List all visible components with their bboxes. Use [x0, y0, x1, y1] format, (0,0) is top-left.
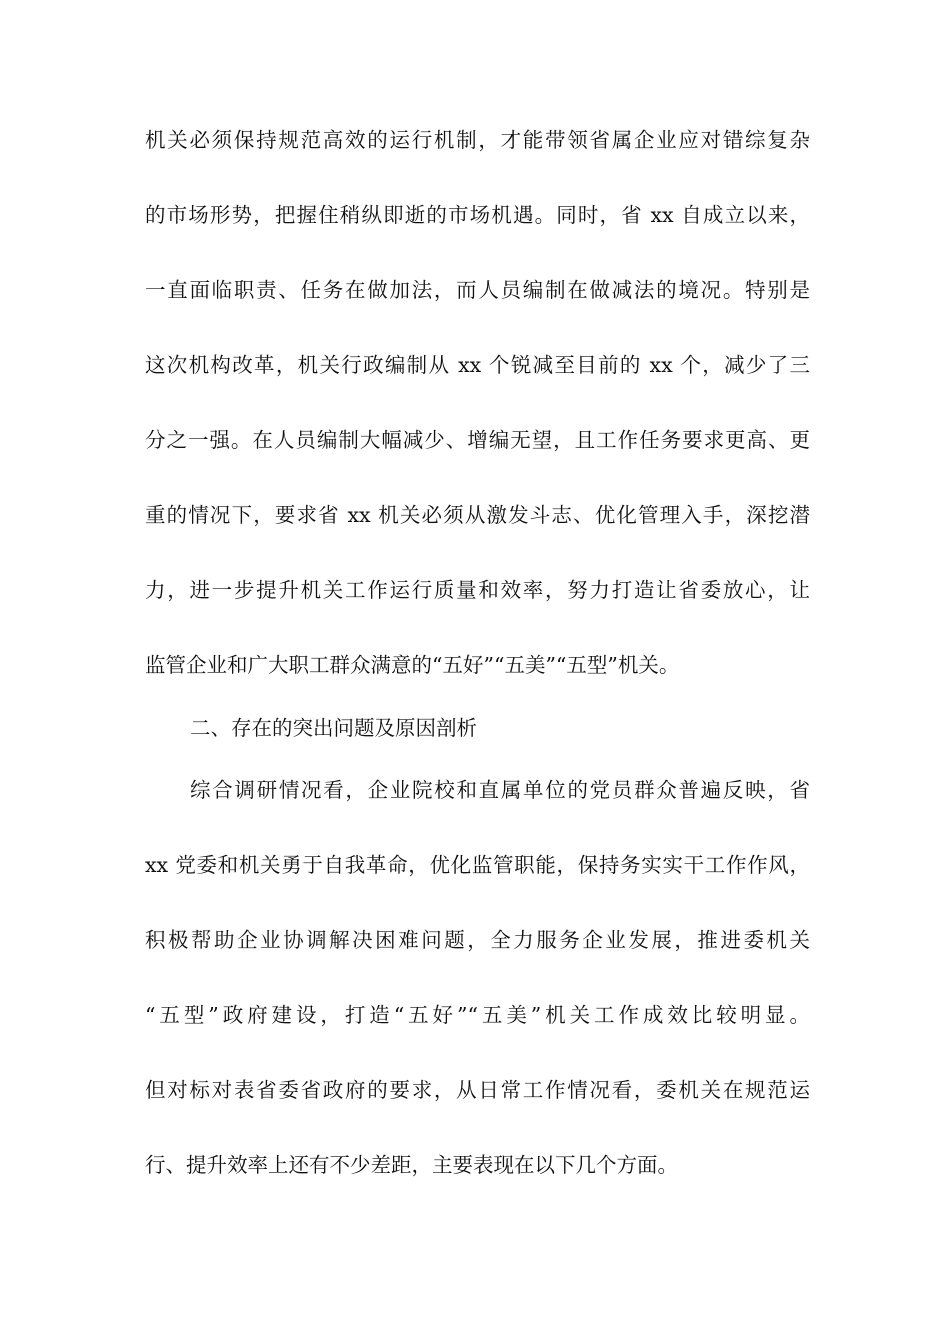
paragraph-line-4: 这次机构改革，机关行政编制从 xx 个锐减至目前的 xx 个，减少了三 [145, 351, 810, 379]
paragraph-line-8: 监管企业和广大职工群众满意的“五好”“五美”“五型”机关。 [145, 651, 810, 679]
paragraph-line-2: 的市场形势，把握住稍纵即逝的市场机遇。同时，省 xx 自成立以来， [145, 201, 810, 229]
paragraph-line-3: 一直面临职责、任务在做加法，而人员编制在做减法的境况。特别是 [145, 276, 810, 304]
paragraph-line-11: xx 党委和机关勇于自我革命，优化监管职能，保持务实实干工作作风， [145, 851, 810, 879]
paragraph-line-10: 综合调研情况看，企业院校和直属单位的党员群众普遍反映，省 [190, 776, 810, 804]
document-page: 机关必须保持规范高效的运行机制，才能带领省属企业应对错综复杂 的市场形势，把握住… [0, 0, 950, 1344]
paragraph-line-15: 行、提升效率上还有不少差距，主要表现在以下几个方面。 [145, 1151, 810, 1179]
paragraph-line-14: 但对标对表省委省政府的要求，从日常工作情况看，委机关在规范运 [145, 1076, 810, 1104]
paragraph-line-13: “五型”政府建设，打造“五好”“五美”机关工作成效比较明显。 [145, 1001, 810, 1029]
paragraph-line-12: 积极帮助企业协调解决困难问题，全力服务企业发展，推进委机关 [145, 926, 810, 954]
paragraph-line-1: 机关必须保持规范高效的运行机制，才能带领省属企业应对错综复杂 [145, 126, 810, 154]
paragraph-line-6: 重的情况下，要求省 xx 机关必须从激发斗志、优化管理入手，深挖潜 [145, 501, 810, 529]
paragraph-line-5: 分之一强。在人员编制大幅减少、增编无望，且工作任务要求更高、更 [145, 426, 810, 454]
paragraph-line-7: 力，进一步提升机关工作运行质量和效率，努力打造让省委放心，让 [145, 576, 810, 604]
section-heading: 二、存在的突出问题及原因剖析 [190, 714, 810, 742]
